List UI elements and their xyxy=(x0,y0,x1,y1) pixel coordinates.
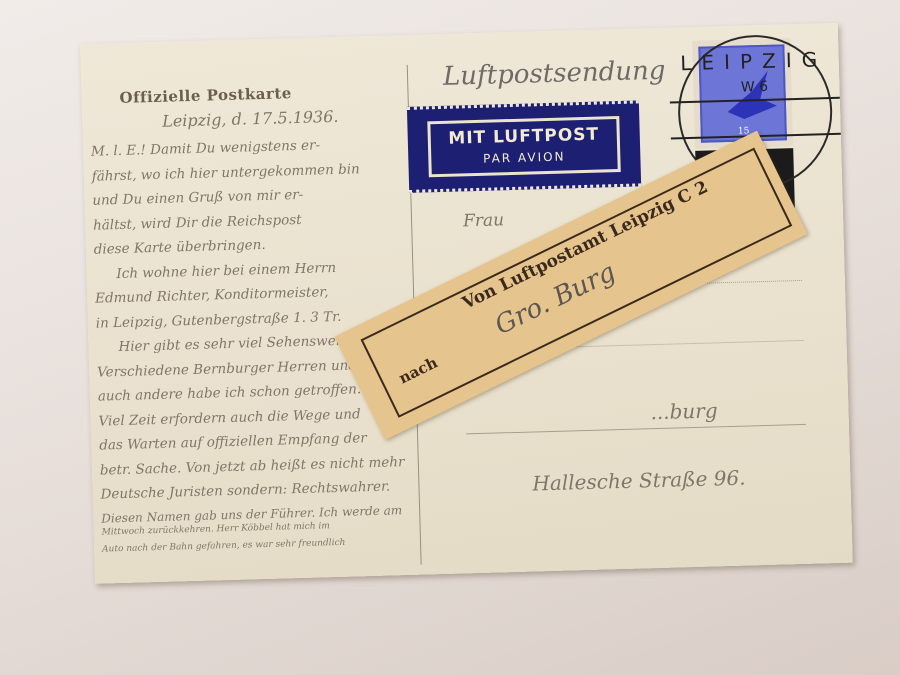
date-line: Leipzig, d. 17.5.1936. xyxy=(162,107,339,131)
message-line: Hier gibt es sehr viel Sehenswertes. xyxy=(118,332,367,355)
message-line: Diesen Namen gab uns der Führer. Ich wer… xyxy=(101,503,402,525)
message-line: Verschiedene Bernburger Herren und xyxy=(97,357,357,380)
airmail-label-line2: PAR AVION xyxy=(431,148,617,167)
message-line: M. l. E.! Damit Du wenigstens er- xyxy=(91,137,321,159)
message-line: in Leipzig, Gutenbergstraße 1. 3 Tr. xyxy=(96,308,342,331)
airmail-label-line1: MIT LUFTPOST xyxy=(431,124,617,149)
message-line: Viel Zeit erfordern auch die Wege und xyxy=(98,406,361,429)
address-city: ...burg xyxy=(650,398,718,424)
postmark-code: W 6 xyxy=(679,77,829,97)
address-salutation: Frau xyxy=(463,210,505,231)
message-line: und Du einen Gruß von mir er- xyxy=(92,187,303,209)
address-street: Hallesche Straße 96. xyxy=(532,466,746,496)
airmail-label-frame: MIT LUFTPOST PAR AVION xyxy=(427,116,620,177)
message-line: Edmund Richter, Konditormeister, xyxy=(95,284,329,307)
message-line: auch andere habe ich schon getroffen. xyxy=(98,381,362,404)
message-line: fährst, wo ich hier untergekommen bin xyxy=(91,161,359,184)
message-line: das Warten auf offiziellen Empfang der xyxy=(99,430,367,453)
message-line: hältst, wird Dir die Reichspost xyxy=(93,211,302,233)
message-line: Ich wohne hier bei einem Herrn xyxy=(116,259,336,281)
message-line: betr. Sache. Von jetzt ab heißt es nicht… xyxy=(100,454,405,478)
postmark-bar xyxy=(670,97,840,104)
postmark-city: LEIPZIG xyxy=(678,47,829,75)
message-line: Deutsche Juristen sondern: Rechtswahrer. xyxy=(100,479,390,503)
airmail-label: MIT LUFTPOST PAR AVION xyxy=(407,100,641,192)
message-line: Auto nach der Bahn gefahren, es war sehr… xyxy=(102,537,345,554)
postcard-title: Offizielle Postkarte xyxy=(119,84,292,107)
address-line xyxy=(466,424,806,434)
message-line: diese Karte überbringen. xyxy=(94,237,266,258)
airmail-note: Luftpostsendung xyxy=(443,56,666,92)
